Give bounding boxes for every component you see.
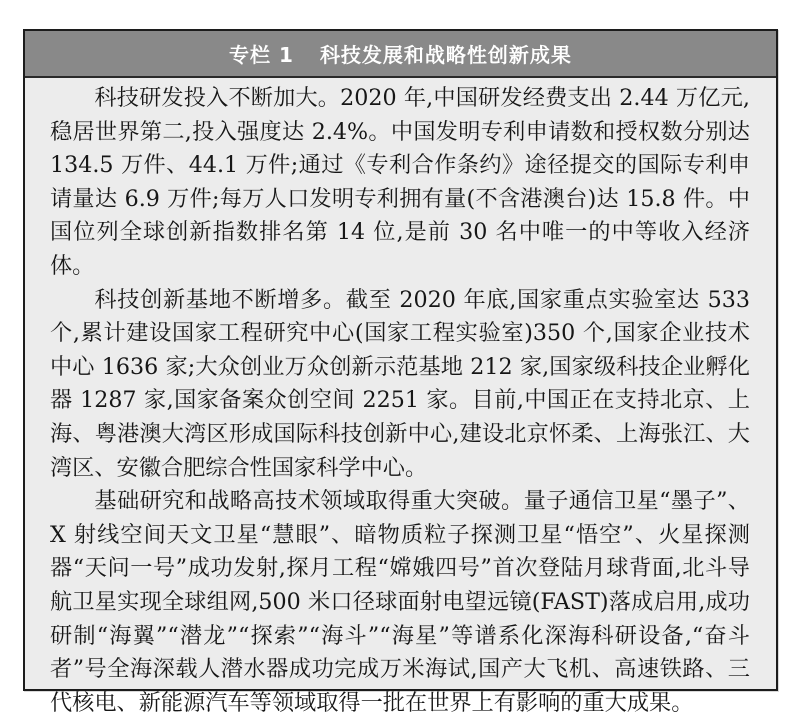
box-title: 科技发展和战略性创新成果: [320, 39, 572, 68]
paragraph-research-breakthroughs: 基础研究和战略高技术领域取得重大突破。量子通信卫星“墨子”、X 射线空间天文卫星…: [50, 485, 750, 718]
column-label: 专栏 1: [229, 39, 294, 68]
box-header: 专栏 1 科技发展和战略性创新成果: [25, 31, 776, 78]
paragraph-innovation-bases: 科技创新基地不断增多。截至 2020 年底,国家重点实验室达 533 个,累计建…: [50, 284, 750, 486]
sidebar-box: 专栏 1 科技发展和战略性创新成果 科技研发投入不断加大。2020 年,中国研发…: [23, 29, 778, 691]
paragraph-rd-investment: 科技研发投入不断加大。2020 年,中国研发经费支出 2.44 万亿元,稳居世界…: [50, 82, 750, 284]
box-body: 科技研发投入不断加大。2020 年,中国研发经费支出 2.44 万亿元,稳居世界…: [25, 78, 776, 718]
